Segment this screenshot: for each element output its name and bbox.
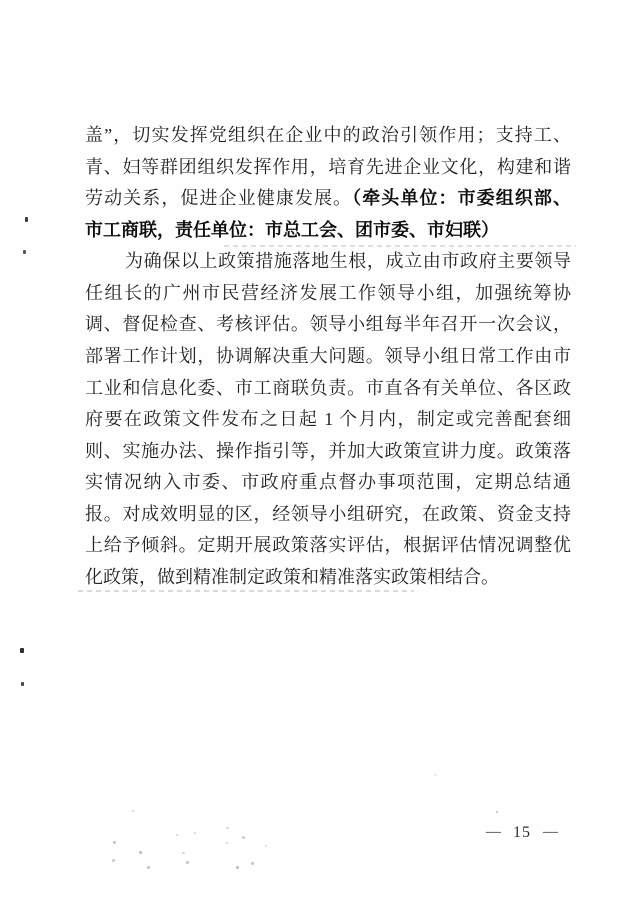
scan-dust (132, 810, 134, 812)
text-line: 部署工作计划，协调解决重大问题。领导小组日常工作由市 (85, 341, 571, 373)
scan-dust (226, 827, 229, 829)
text-line: 青、妇等群团组织发挥作用，培育先进企业文化，构建和谐 (85, 152, 571, 184)
scan-dust (113, 841, 116, 844)
scan-dust (112, 859, 115, 862)
page-number: — 15 — (486, 823, 558, 842)
text-line: 报。对成效明显的区，经领导小组研究，在政策、资金支持 (85, 499, 571, 531)
text-line: 化政策，做到精准制定政策和精准落实政策相结合。 (85, 562, 571, 594)
responsible-unit-label: 市工商联，责任单位：市总工会、团市委、市妇联） (85, 215, 571, 247)
scan-speck (20, 648, 24, 653)
scan-dust (242, 836, 245, 839)
footer-page-number: 15 (513, 823, 531, 842)
paragraph-1: 盖”，切实发挥党组织在企业中的政治引领作用；支持工、 青、妇等群团组织发挥作用，… (85, 120, 571, 246)
scan-dust (194, 832, 196, 834)
footer-dash-left: — (486, 823, 501, 842)
scan-dust (176, 834, 178, 836)
text-line: 工业和信息化委、市工商联负责。市直各有关单位、各区政 (85, 373, 571, 405)
scan-dust (236, 866, 239, 869)
scan-dust (226, 842, 228, 844)
text-line: 上给予倾斜。定期开展政策落实评估，根据评估情况调整优 (85, 530, 571, 562)
scan-speck (496, 811, 498, 813)
paragraph-2: 为确保以上政策措施落地生根，成立由市政府主要领导 任组长的广州市民营经济发展工作… (85, 246, 571, 593)
scan-speck (25, 217, 28, 222)
text-line: 任组长的广州市民营经济发展工作领导小组，加强统筹协 (85, 278, 571, 310)
body-text: 盖”，切实发挥党组织在企业中的政治引领作用；支持工、 青、妇等群团组织发挥作用，… (85, 120, 571, 593)
scan-ghost-line (224, 245, 576, 247)
footer-dash-right: — (543, 823, 558, 842)
text-line: 调、督促检查、考核评估。领导小组每半年召开一次会议， (85, 309, 571, 341)
scan-speck (434, 774, 437, 776)
scan-dust (147, 866, 150, 869)
scan-dust (139, 851, 142, 854)
text-segment: 劳动关系，促进企业健康发展。 (85, 188, 352, 208)
scan-speck (23, 250, 26, 254)
text-line: 实情况纳入市委、市政府重点督办事项范围，定期总结通 (85, 467, 571, 499)
lead-unit-label: （牵头单位：市委组织部、 (352, 188, 571, 209)
scan-ghost-line (78, 590, 414, 592)
scan-dust (186, 861, 189, 864)
text-line: 劳动关系，促进企业健康发展。（牵头单位：市委组织部、 (85, 183, 571, 215)
document-page: 盖”，切实发挥党组织在企业中的政治引领作用；支持工、 青、妇等群团组织发挥作用，… (0, 0, 640, 905)
scan-dust (251, 862, 254, 865)
text-line: 盖”，切实发挥党组织在企业中的政治引领作用；支持工、 (85, 120, 571, 152)
text-line: 则、实施办法、操作指引等，并加大政策宣讲力度。政策落 (85, 436, 571, 468)
text-line: 府要在政策文件发布之日起 1 个月内，制定或完善配套细 (85, 404, 571, 436)
scan-dust (182, 852, 185, 854)
text-line: 为确保以上政策措施落地生根，成立由市政府主要领导 (85, 246, 571, 278)
scan-dust (265, 845, 267, 847)
scan-speck (21, 682, 24, 686)
